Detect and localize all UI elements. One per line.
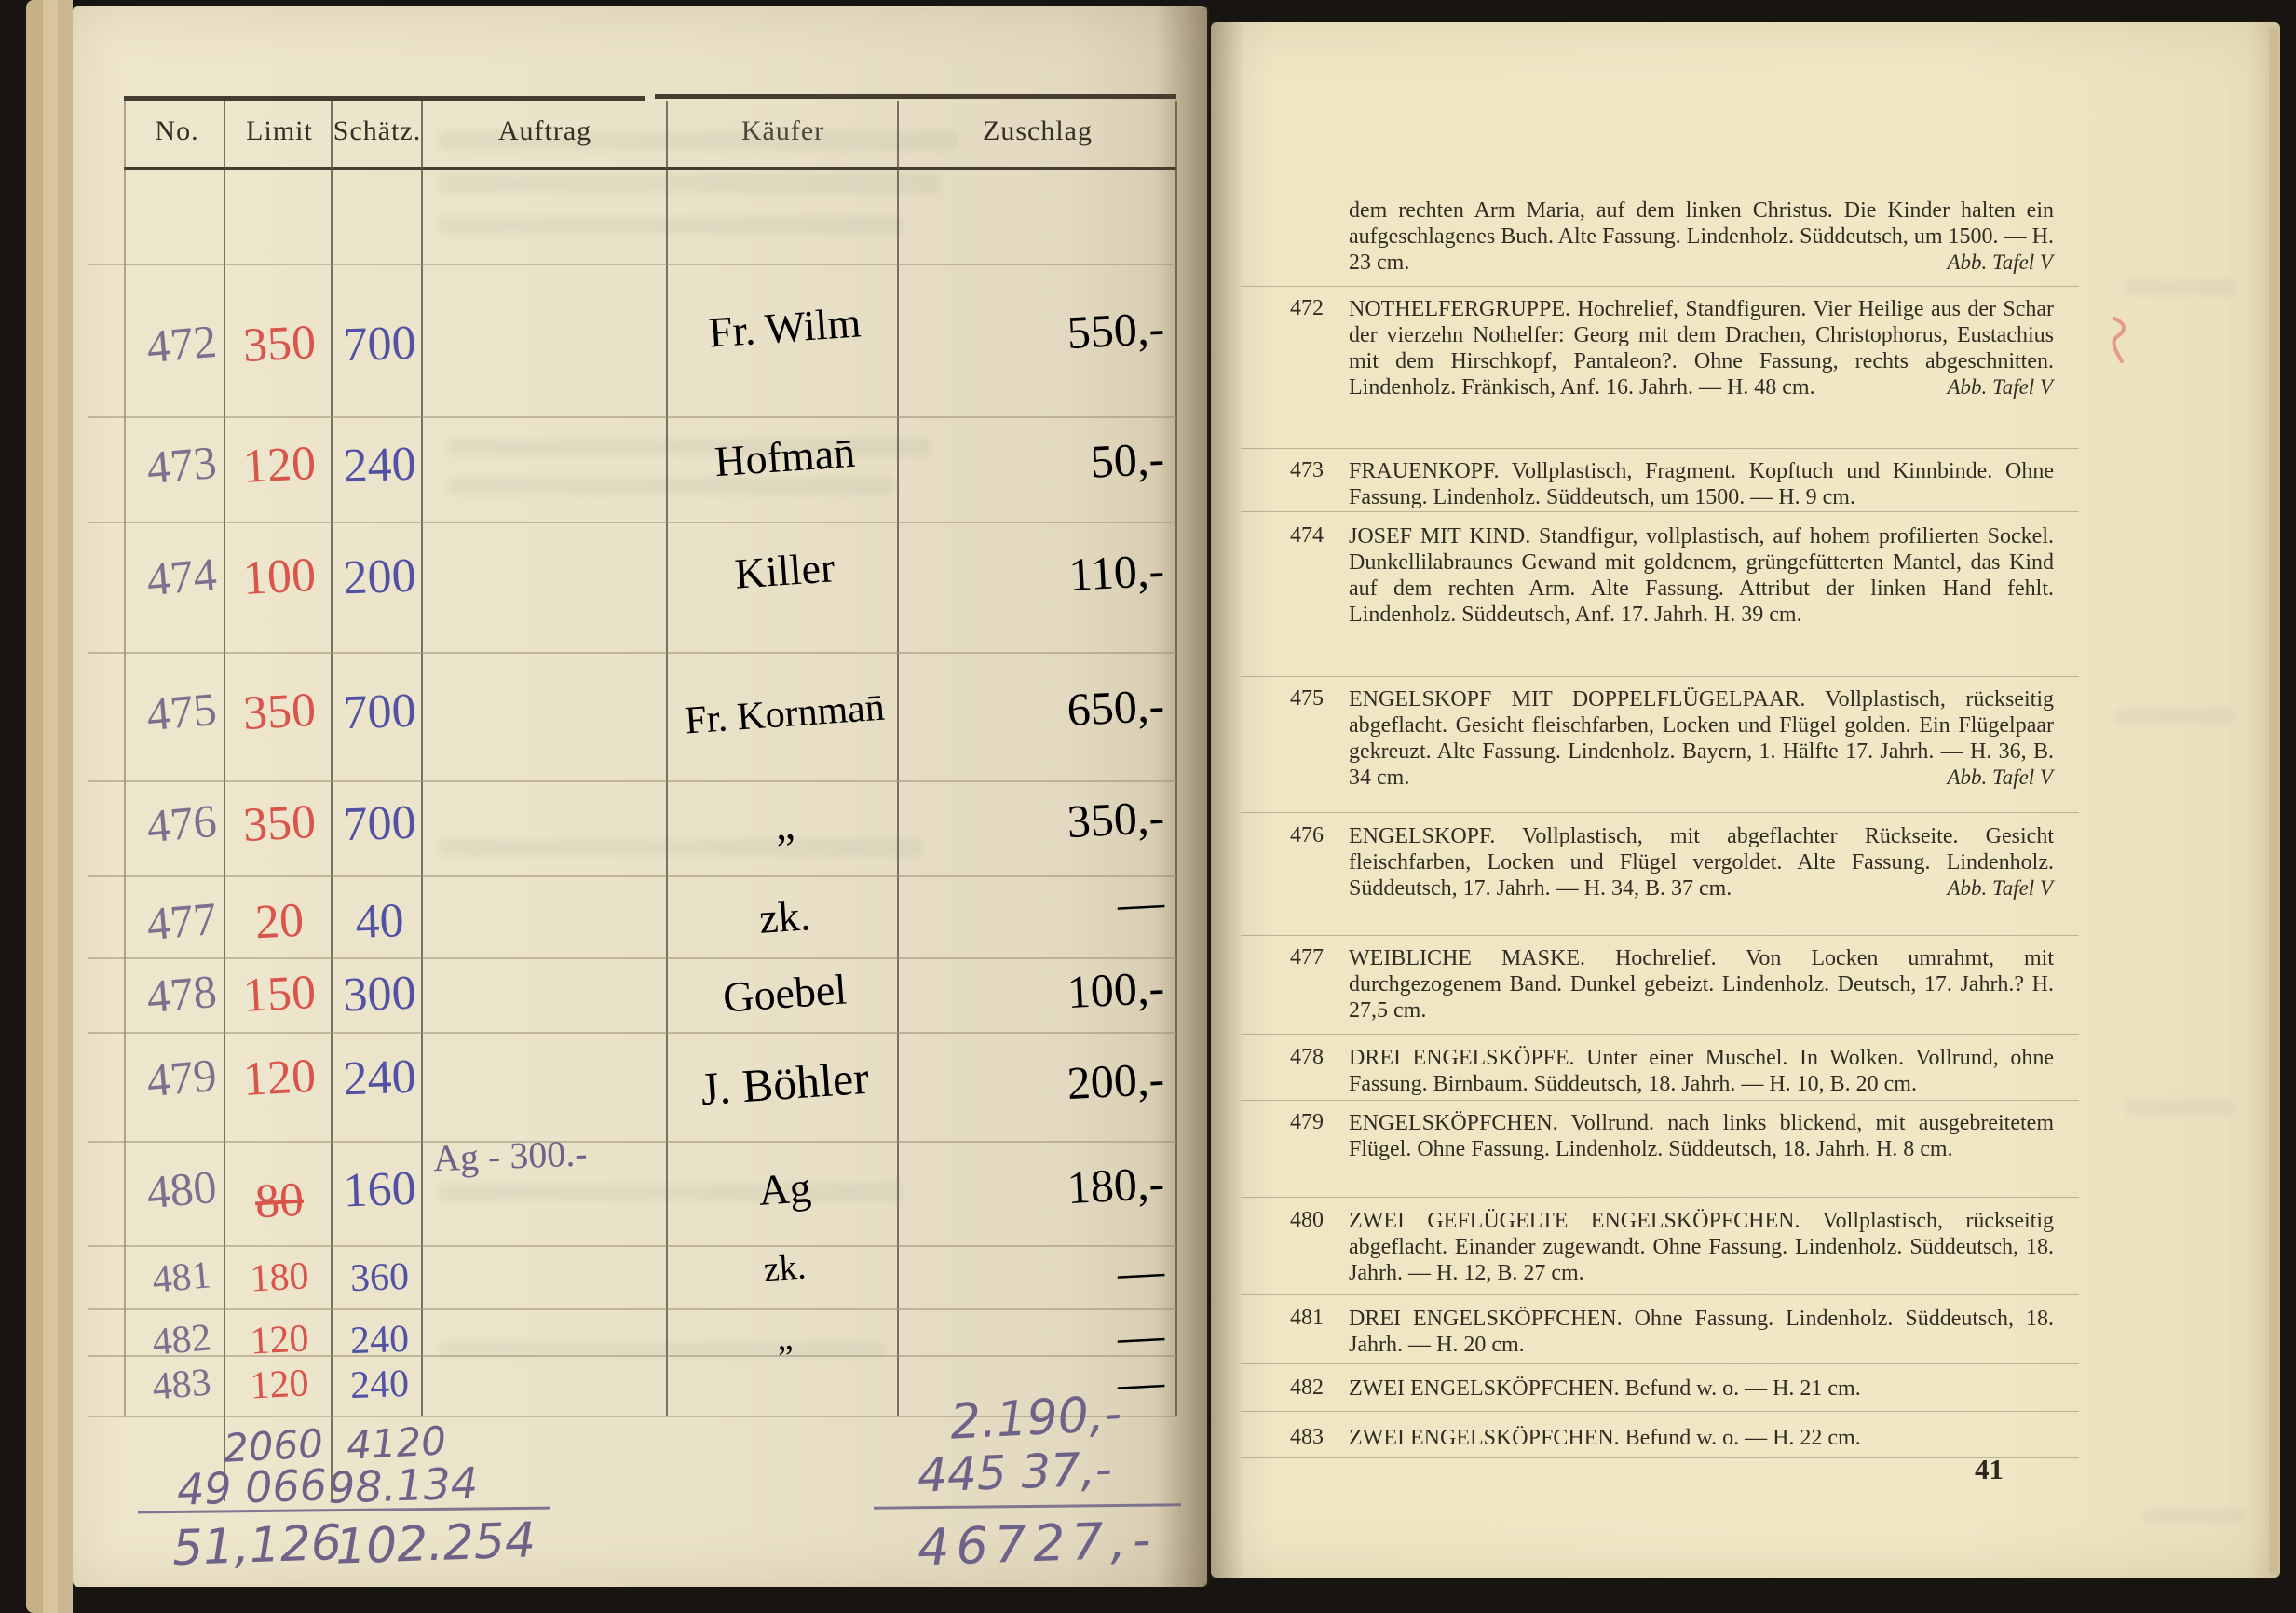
estimate-value: 300 (334, 965, 425, 1023)
entry-separator (1241, 935, 2079, 936)
limit-value: 350 (232, 682, 328, 741)
table-top-rule (124, 96, 645, 101)
entry-text: WEIBLICHE MASKE. Hochrelief. Von Locken … (1349, 945, 2054, 1023)
estimate-value: 160 (334, 1160, 425, 1218)
bleed-through (2114, 708, 2235, 725)
row-separator (88, 1308, 1176, 1310)
estimate-value: 700 (334, 315, 425, 373)
limit-grand-total: 51,126 (171, 1515, 343, 1577)
limit-value: 150 (232, 964, 328, 1023)
bleed-through (438, 216, 903, 235)
column-divider (331, 101, 333, 1501)
entry-text: JOSEF MIT KIND. Standfigur, vollplastisc… (1349, 523, 2054, 628)
estimate-carryover: 98.134 (327, 1457, 479, 1513)
row-separator (88, 264, 1176, 265)
catalog-entry: 473 FRAUENKOPF. Vollplastisch, Fragment.… (1290, 458, 2058, 510)
row-separator (88, 416, 1176, 418)
column-divider (897, 101, 899, 1416)
row-separator (88, 1032, 1176, 1034)
row-separator (88, 652, 1176, 654)
page-number: 41 (1975, 1453, 2004, 1486)
page-stack-edge-right (2269, 28, 2278, 1574)
entry-separator (1241, 1034, 2079, 1035)
col-header-no: No. (130, 115, 224, 147)
limit-value: 120 (232, 435, 328, 495)
catalog-entry: 480 ZWEI GEFLÜGELTE ENGELSKÖPFCHEN. Voll… (1290, 1208, 2058, 1286)
bleed-through (447, 477, 894, 495)
col-header-schaetz: Schätz. (331, 115, 424, 147)
col-header-kaeufer: Käufer (669, 115, 897, 147)
entry-separator (1241, 286, 2079, 287)
entry-number: 479 (1290, 1110, 1324, 1135)
lot-number: 483 (129, 1358, 235, 1411)
catalog-entry: 476 ENGELSKOPF. Vollplastisch, mit abgef… (1290, 823, 2058, 901)
catalog-entry: 481 DREI ENGELSKÖPFCHEN. Ohne Fassung. L… (1290, 1306, 2058, 1358)
page-stack-edge (43, 0, 58, 1613)
catalog-entry: 474 JOSEF MIT KIND. Standfigur, vollplas… (1290, 523, 2058, 628)
col-header-zuschlag: Zuschlag (899, 115, 1176, 147)
catalog-entry: 482 ZWEI ENGELSKÖPFCHEN. Befund w. o. — … (1290, 1376, 2058, 1402)
limit-value: 350 (232, 793, 328, 853)
entry-number: 475 (1290, 686, 1324, 712)
row-separator (88, 875, 1176, 877)
plate-reference: Abb. Tafel V (1947, 375, 2053, 400)
entry-number: 477 (1290, 945, 1324, 970)
lot-number: 476 (129, 792, 236, 854)
entry-text: DREI ENGELSKÖPFCHEN. Ohne Fassung. Linde… (1349, 1306, 2054, 1358)
estimate-grand-total: 102.254 (334, 1512, 537, 1575)
lot-number: 480 (129, 1158, 236, 1220)
entry-separator (1241, 511, 2079, 512)
entry-separator (1241, 1363, 2079, 1364)
plate-reference: Abb. Tafel V (1947, 766, 2053, 790)
entry-number: 483 (1290, 1425, 1324, 1450)
estimate-value: 700 (334, 683, 425, 740)
lot-number: 477 (129, 889, 236, 952)
limit-value: 120 (232, 1315, 327, 1364)
entry-number: 480 (1290, 1208, 1324, 1233)
entry-separator (1241, 1457, 2079, 1458)
bleed-through (2124, 279, 2235, 296)
limit-value: 100 (232, 547, 328, 606)
red-pencil-mark (2107, 315, 2135, 367)
limit-value: 20 (232, 891, 328, 951)
entry-text: FRAUENKOPF. Vollplastisch, Fragment. Kop… (1349, 458, 2054, 510)
column-divider (666, 101, 668, 1416)
estimate-value: 700 (334, 794, 425, 852)
entry-number: 474 (1290, 523, 1324, 549)
lot-number: 474 (129, 545, 236, 607)
lot-number: 478 (129, 962, 236, 1024)
table-top-rule (655, 94, 1176, 99)
table-left-border (124, 101, 126, 1416)
entry-separator (1241, 1197, 2079, 1198)
row-separator (88, 1245, 1176, 1247)
column-divider (421, 101, 423, 1416)
catalog-entry: 478 DREI ENGELSKÖPFE. Unter einer Musche… (1290, 1045, 2058, 1097)
entry-text: ZWEI GEFLÜGELTE ENGELSKÖPFCHEN. Vollplas… (1349, 1208, 2054, 1286)
limit-value: 180 (232, 1253, 327, 1302)
entry-number: 482 (1290, 1376, 1324, 1401)
limit-value-struck: 80 (232, 1171, 328, 1230)
col-header-auftrag: Auftrag (424, 115, 666, 147)
entry-text: DREI ENGELSKÖPFE. Unter einer Muschel. I… (1349, 1045, 2054, 1097)
catalog-entry: 477 WEIBLICHE MASKE. Hochrelief. Von Loc… (1290, 945, 2058, 1023)
bleed-through (2142, 1509, 2245, 1524)
limit-value: 120 (232, 1360, 327, 1409)
limit-value: 120 (232, 1048, 328, 1107)
entry-number: 478 (1290, 1045, 1324, 1070)
entry-separator (1241, 676, 2079, 677)
entry-number: 476 (1290, 823, 1324, 848)
row-separator (88, 522, 1176, 523)
estimate-value: 40 (334, 892, 425, 950)
limit-value: 350 (232, 314, 328, 373)
catalog-intro: dem rechten Arm Maria, auf dem linken Ch… (1349, 197, 2058, 276)
catalog-entry: 472 NOTHELFERGRUPPE. Hochrelief, Standfi… (1290, 296, 2058, 400)
estimate-value: 240 (334, 1316, 425, 1363)
header-bottom-rule (124, 167, 1176, 170)
row-separator (88, 780, 1176, 782)
page-stack-edge (26, 0, 43, 1613)
entry-text: ZWEI ENGELSKÖPFCHEN. Befund w. o. — H. 2… (1349, 1376, 2054, 1402)
table-right-border (1175, 101, 1177, 1416)
catalog-entry: 483 ZWEI ENGELSKÖPFCHEN. Befund w. o. — … (1290, 1425, 2058, 1451)
estimate-value: 200 (334, 548, 425, 605)
lot-number: 472 (129, 312, 236, 374)
entry-separator (1241, 812, 2079, 813)
page-stack-edge (58, 0, 73, 1613)
gutter-shadow-right (1211, 22, 1244, 1578)
limit-carryover: 49 066 (176, 1459, 328, 1515)
lot-number: 475 (129, 680, 236, 742)
col-header-limit: Limit (228, 115, 331, 147)
hammer-subtotal: 2.190,- (949, 1386, 1123, 1451)
bleed-through (2124, 1099, 2235, 1116)
lot-number: 473 (129, 433, 236, 495)
entry-separator (1241, 1294, 2079, 1295)
scanned-auction-ledger: No. Limit Schätz. Auftrag Käufer Zuschla… (0, 0, 2296, 1613)
entry-separator (1241, 1100, 2079, 1101)
plate-reference: Abb. Tafel V (1947, 251, 2053, 275)
entry-text: ZWEI ENGELSKÖPFCHEN. Befund w. o. — H. 2… (1349, 1425, 2054, 1451)
estimate-value: 240 (334, 1361, 425, 1408)
catalog-entry: 479 ENGELSKÖPFCHEN. Vollrund. nach links… (1290, 1110, 2058, 1162)
catalog-entry: 475 ENGELSKOPF MIT DOPPELFLÜGELPAAR. Vol… (1290, 686, 2058, 791)
estimate-value: 240 (334, 436, 425, 494)
entry-number: 473 (1290, 458, 1324, 483)
estimate-value: 360 (334, 1254, 425, 1301)
lot-number: 479 (129, 1046, 236, 1108)
hammer-grand-total: 46727,- (917, 1511, 1158, 1578)
entry-number: 481 (1290, 1306, 1324, 1331)
entry-text: ENGELSKÖPFCHEN. Vollrund. nach links bli… (1349, 1110, 2054, 1162)
entry-separator (1241, 448, 2079, 449)
entry-number: 472 (1290, 296, 1324, 321)
row-separator (88, 957, 1176, 959)
entry-separator (1241, 1411, 2079, 1412)
bid-order-note: Ag - 300.- (432, 1129, 661, 1181)
lot-number: 481 (129, 1251, 235, 1304)
estimate-value: 240 (334, 1049, 425, 1106)
bleed-through (438, 173, 941, 194)
hammer-carryover: 445 37,- (917, 1442, 1113, 1502)
plate-reference: Abb. Tafel V (1947, 876, 2053, 901)
